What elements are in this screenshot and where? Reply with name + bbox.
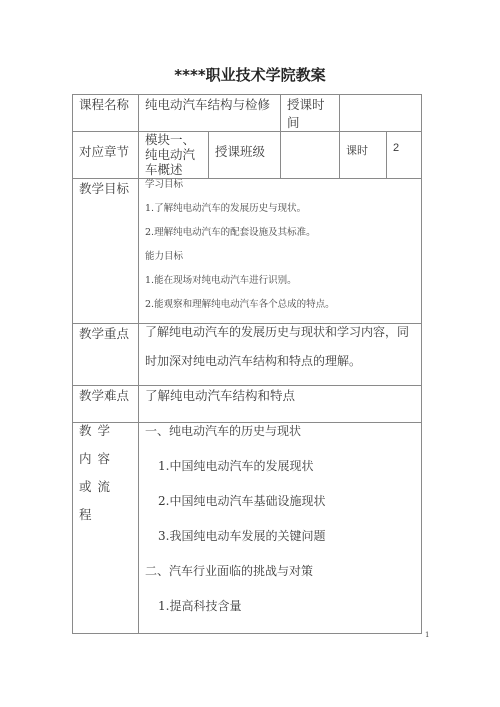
row-goals: 教学目标 学习目标 1.了解纯电动汽车的发展历史与现状。 2.理解纯电动汽车的配…: [73, 179, 422, 324]
content-item: 1.中国纯电动汽车的发展现状: [145, 458, 415, 474]
course-name-value: 纯电动汽车结构与检修: [139, 95, 281, 132]
chapter-value: 模块一、纯电动汽车概述: [139, 132, 209, 179]
goals-label: 教学目标: [73, 179, 139, 324]
document-title: ****职业技术学院教案: [0, 64, 500, 85]
focus-text: 了解纯电动汽车的发展历史与现状和学习内容，同时加深对纯电动汽车结构和特点的理解。: [145, 318, 415, 376]
difficulty-value: 了解纯电动汽车结构和特点: [139, 386, 422, 423]
goal-item: 1.了解纯电动汽车的发展历史与现状。: [145, 203, 415, 215]
hours-value: 2: [387, 132, 422, 179]
goal-heading-ability: 能力目标: [145, 251, 415, 263]
content-list: 一、纯电动汽车的历史与现状 1.中国纯电动汽车的发展现状 2.中国纯电动汽车基础…: [139, 423, 422, 634]
focus-value: 了解纯电动汽车的发展历史与现状和学习内容，同时加深对纯电动汽车结构和特点的理解。: [139, 324, 422, 386]
class-time-label: 授课时间: [281, 95, 340, 132]
row-focus: 教学重点 了解纯电动汽车的发展历史与现状和学习内容，同时加深对纯电动汽车结构和特…: [73, 324, 422, 386]
content-section: 一、纯电动汽车的历史与现状: [145, 423, 415, 439]
goal-item: 1.能在现场对纯电动汽车进行识别。: [145, 275, 415, 287]
content-label-text: 教学内容或流程: [79, 417, 132, 529]
focus-label: 教学重点: [73, 324, 139, 386]
chapter-label: 对应章节: [73, 132, 139, 179]
course-name-label: 课程名称: [73, 95, 139, 132]
hours-label: 课时: [340, 132, 387, 179]
content-item: 2.中国纯电动汽车基础设施现状: [145, 493, 415, 509]
content-label: 教学内容或流程: [73, 423, 139, 634]
content-section: 二、汽车行业面临的挑战与对策: [145, 563, 415, 579]
row-content: 教学内容或流程 一、纯电动汽车的历史与现状 1.中国纯电动汽车的发展现状 2.中…: [73, 423, 422, 634]
goal-item: 2.能观察和理解纯电动汽车各个总成的特点。: [145, 299, 415, 311]
row-course: 课程名称 纯电动汽车结构与检修 授课时间: [73, 95, 422, 132]
row-chapter: 对应章节 模块一、纯电动汽车概述 授课班级 课时 2: [73, 132, 422, 179]
class-time-value: [340, 95, 422, 132]
class-group-label: 授课班级: [209, 132, 281, 179]
content-item: 1.提高科技含量: [145, 598, 415, 614]
lesson-plan-table: 课程名称 纯电动汽车结构与检修 授课时间 对应章节 模块一、纯电动汽车概述 授课…: [72, 94, 422, 634]
goal-heading-study: 学习目标: [145, 179, 415, 191]
goal-item: 2.理解纯电动汽车的配套设施及其标准。: [145, 227, 415, 239]
page-number: 1: [425, 631, 429, 639]
content-item: 3.我国纯电动车发展的关键问题: [145, 528, 415, 544]
class-group-value: [281, 132, 340, 179]
goals-content: 学习目标 1.了解纯电动汽车的发展历史与现状。 2.理解纯电动汽车的配套设施及其…: [139, 179, 422, 324]
